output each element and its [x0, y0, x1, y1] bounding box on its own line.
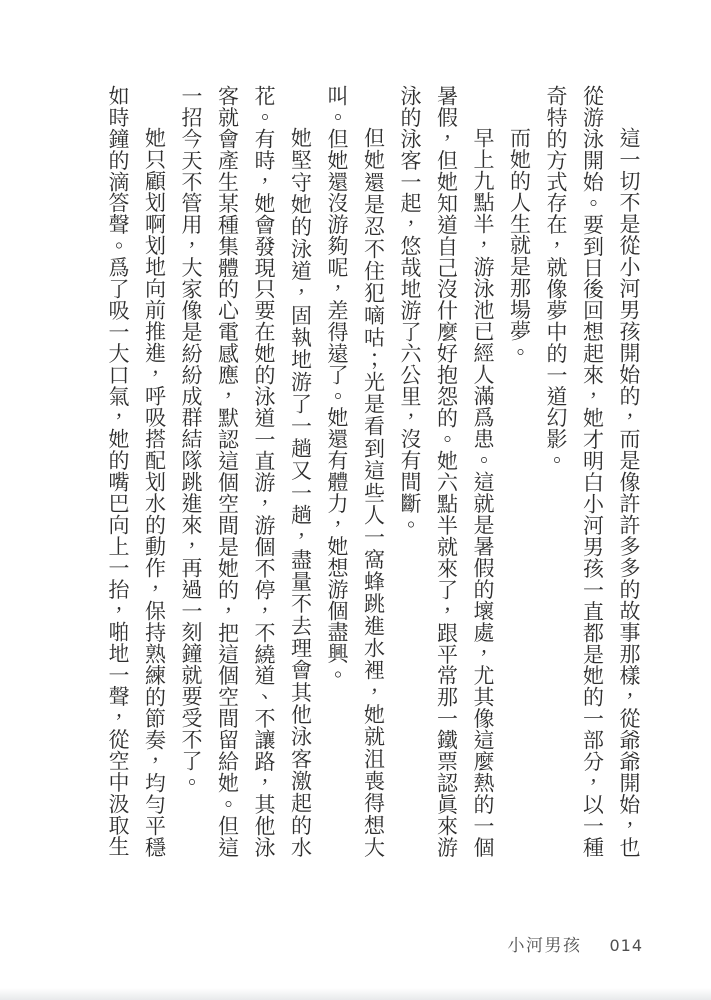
paragraph: 這一切不是從小河男孩開始的，而是像許許多多的故事那樣，從爺爺開始，也從游泳開始。…	[538, 85, 648, 858]
running-title: 小河男孩	[507, 931, 581, 956]
page-footer: 小河男孩 014	[507, 931, 643, 956]
paragraph: 她堅守她的泳道，固執地游了一趟又一趟，盡量不去理會其他泳客激起的水花。有時，她會…	[173, 85, 319, 858]
paragraph: 她只顧划啊划地向前推進，呼吸搭配划水的動作，保持熟練的節奏，均勻平穩如時鐘的滴答…	[100, 85, 173, 858]
page-number: 014	[609, 936, 643, 955]
vertical-text-block: 這一切不是從小河男孩開始的，而是像許許多多的故事那樣，從爺爺開始，也從游泳開始。…	[100, 85, 648, 858]
paragraph: 早上九點半，游泳池已經人滿爲患。這就是暑假的壞處，尤其像這麼熱的一個暑假，但她知…	[392, 85, 502, 858]
paragraph: 但她還是忍不住犯嘀咕；光是看到這些人一窩蜂跳進水裡，她就沮喪得想大叫。但她還沒游…	[319, 85, 392, 858]
paragraph: 而她的人生就是那場夢。	[501, 85, 538, 858]
scan-bottom-shadow	[0, 988, 711, 1000]
book-page: 這一切不是從小河男孩開始的，而是像許許多多的故事那樣，從爺爺開始，也從游泳開始。…	[0, 0, 711, 1000]
